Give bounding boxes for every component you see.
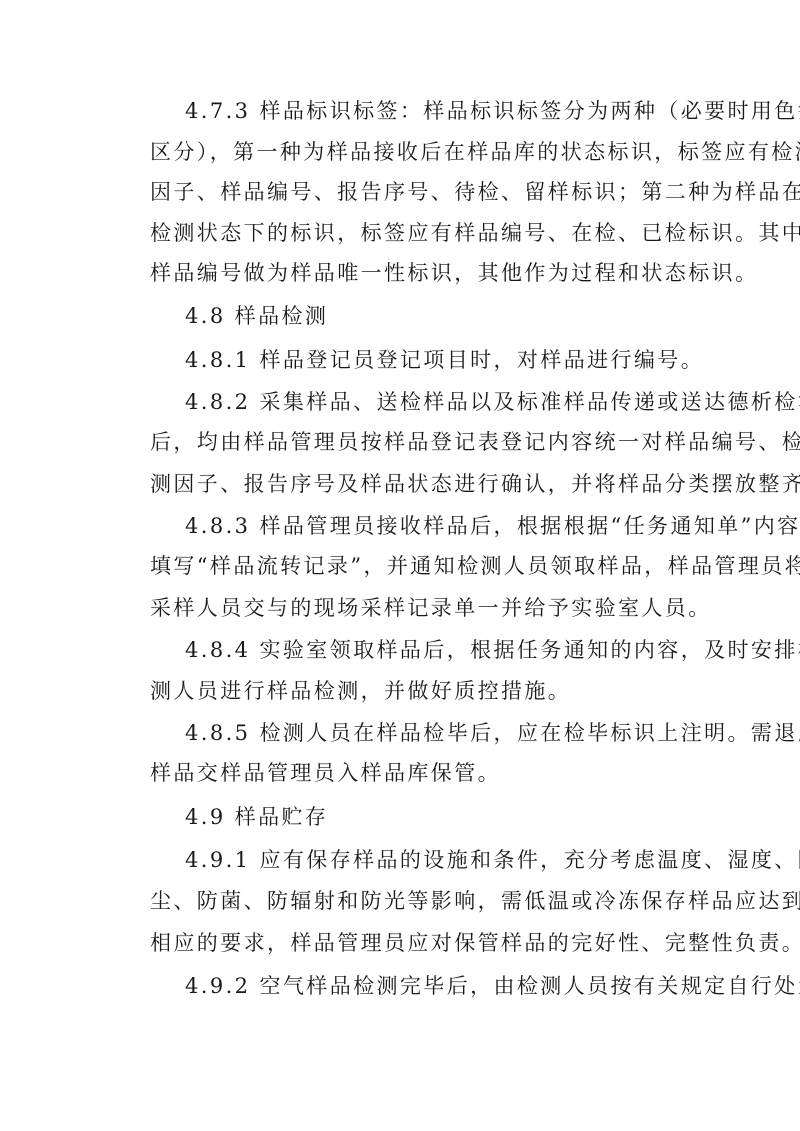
text-line: 测因子、报告序号及样品状态进行确认，并将样品分类摆放整齐。 [150, 469, 670, 499]
text-line: 检测状态下的标识，标签应有样品编号、在检、已检标识。其中， [150, 218, 670, 248]
text-line: 4.8.3 样品管理员接收样品后，根据根据“任务通知单”内容 [185, 511, 705, 541]
text-line: 样品交样品管理员入样品库保管。 [150, 758, 670, 788]
text-line: 4.9.1 应有保存样品的设施和条件，充分考虑温度、湿度、防 [185, 845, 705, 875]
text-line: 4.8.4 实验室领取样品后，根据任务通知的内容，及时安排检 [185, 635, 705, 665]
text-line: 填写“样品流转记录”，并通知检测人员领取样品，样品管理员将 [150, 551, 670, 581]
text-line: 相应的要求，样品管理员应对保管样品的完好性、完整性负责。 [150, 928, 670, 958]
text-line: 4.7.3 样品标识标签：样品标识标签分为两种（必要时用色签 [185, 96, 705, 126]
text-line: 因子、样品编号、报告序号、待检、留样标识；第二种为样品在 [150, 177, 670, 207]
text-line: 尘、防菌、防辐射和防光等影响，需低温或冷冻保存样品应达到 [150, 886, 670, 916]
text-line: 样品编号做为样品唯一性标识，其他作为过程和状态标识。 [150, 258, 670, 288]
text-line: 4.8.2 采集样品、送检样品以及标准样品传递或送达德析检测 [185, 387, 705, 417]
paragraph-4-8-1: 4.8.1 样品登记员登记项目时，对样品进行编号。 [185, 345, 705, 375]
text-line: 采样人员交与的现场采样记录单一并给予实验室人员。 [150, 593, 670, 623]
section-heading-4-8: 4.8 样品检测 [185, 301, 705, 331]
text-line: 后，均由样品管理员按样品登记表登记内容统一对样品编号、检 [150, 427, 670, 457]
text-line: 测人员进行样品检测，并做好质控措施。 [150, 676, 670, 706]
document-page: 4.7.3 样品标识标签：样品标识标签分为两种（必要时用色签 区分），第一种为样… [0, 0, 800, 1131]
section-heading-4-9: 4.9 样品贮存 [185, 802, 705, 832]
paragraph-4-9-2: 4.9.2 空气样品检测完毕后，由检测人员按有关规定自行处置； [185, 971, 705, 1001]
text-line: 区分），第一种为样品接收后在样品库的状态标识，标签应有检测 [150, 137, 670, 167]
text-line: 4.8.5 检测人员在样品检毕后，应在检毕标识上注明。需退库 [185, 718, 705, 748]
